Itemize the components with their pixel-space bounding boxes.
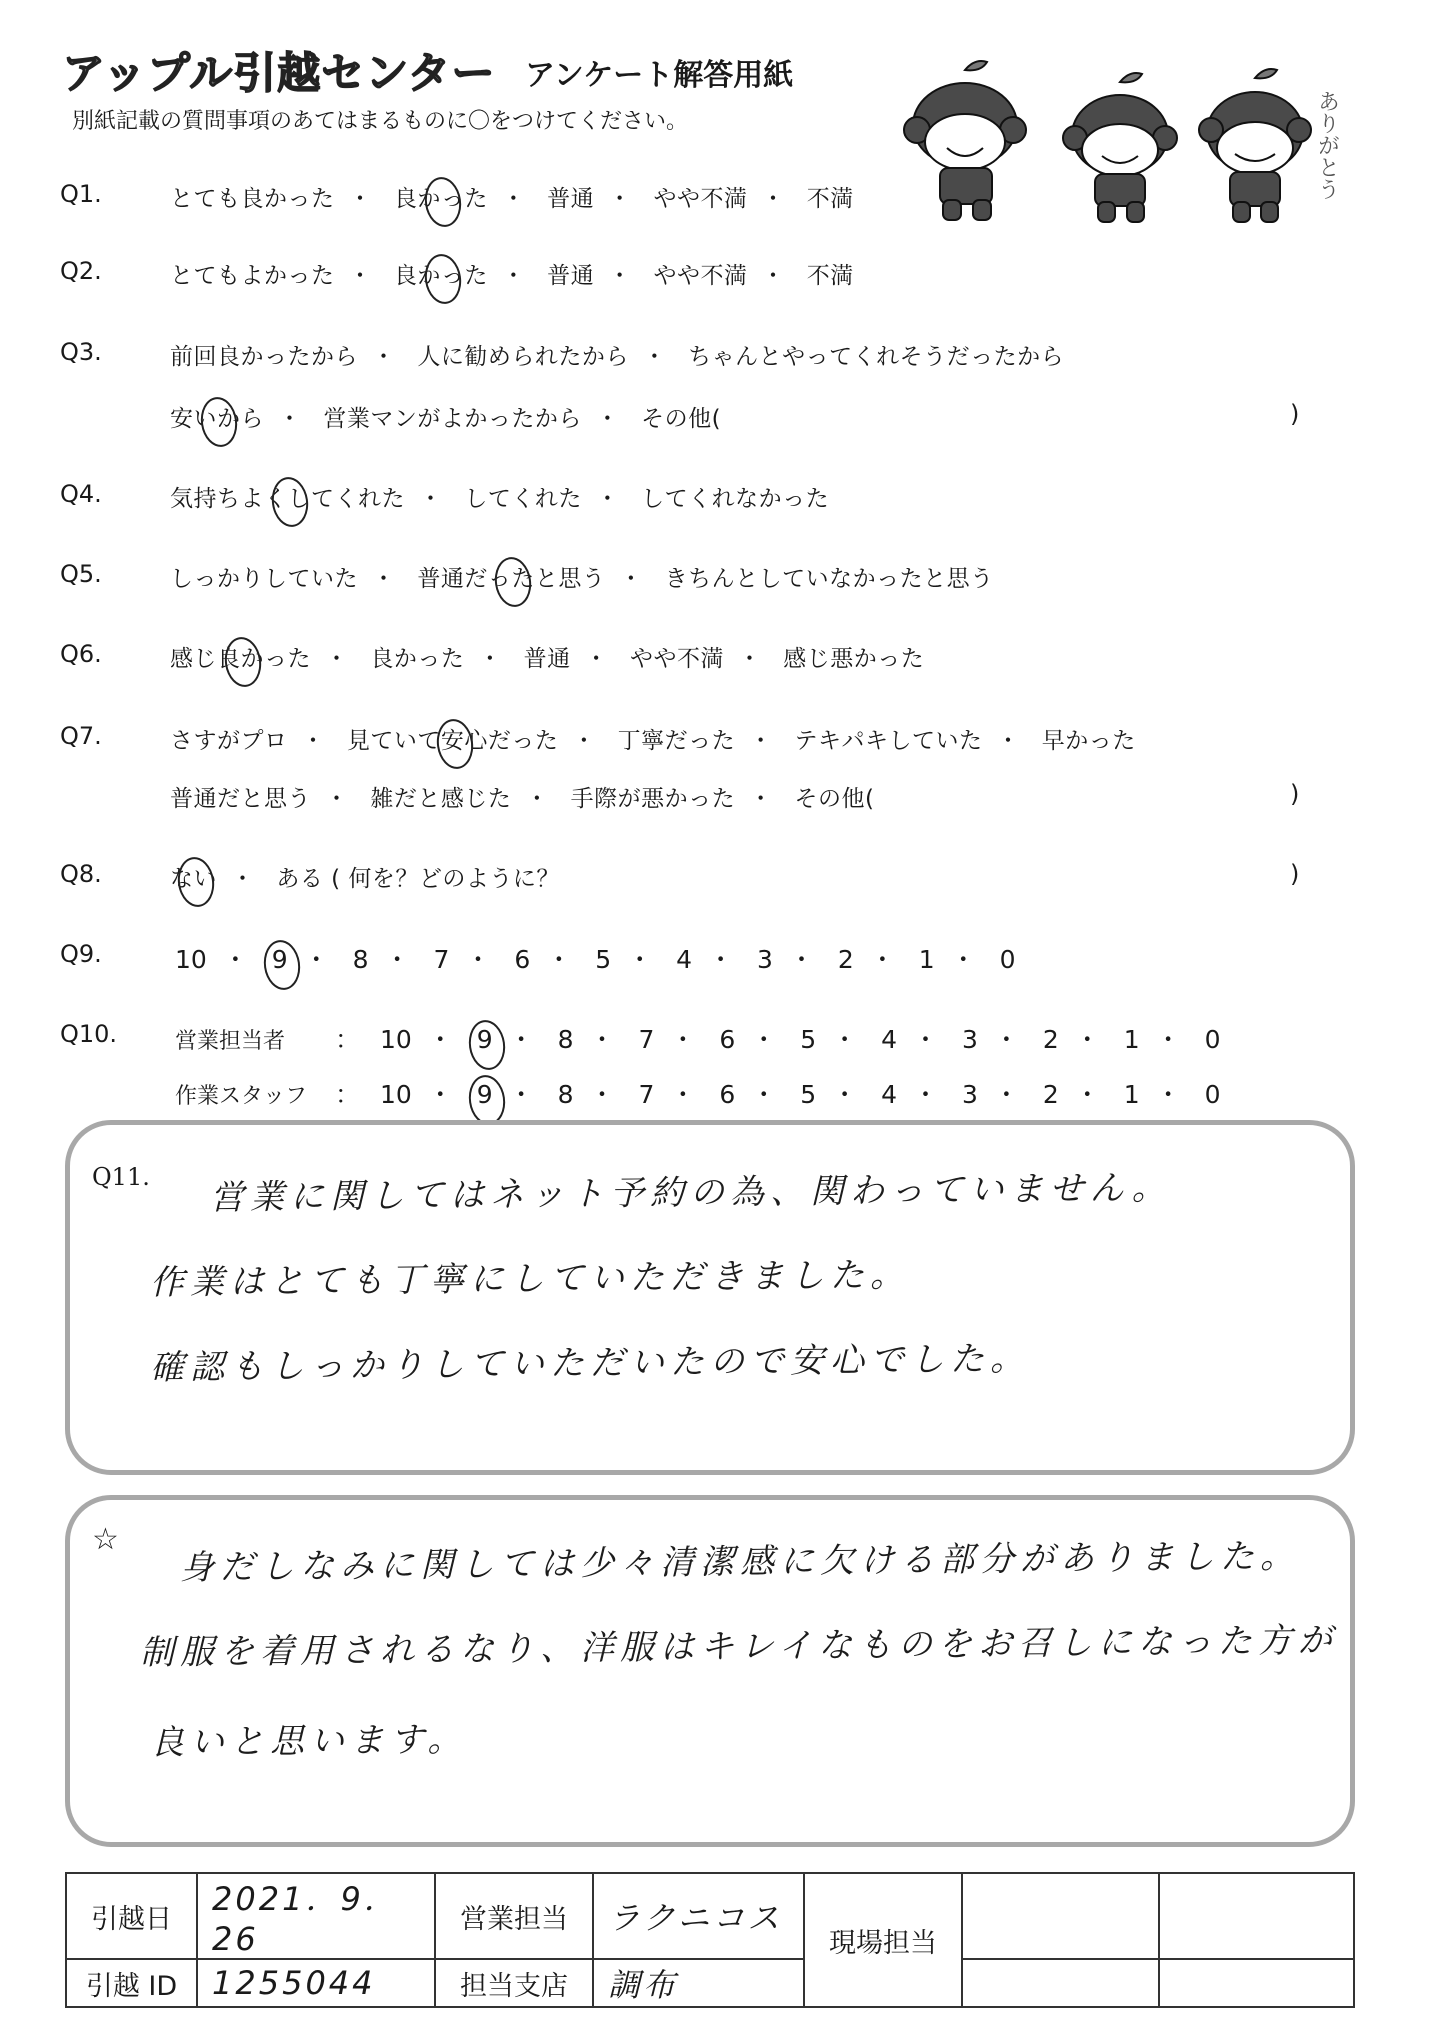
q8-options: ない・ ある ( 何を？どのように？	[170, 860, 560, 893]
q6-option[interactable]: やや不満	[630, 646, 724, 672]
q10-score[interactable]: 2	[1043, 1025, 1059, 1054]
q4-option[interactable]: してくれた	[464, 486, 582, 512]
q10-staff-label: 作業スタッフ	[175, 1079, 335, 1110]
q1-label: Q1.	[60, 180, 102, 208]
q10-staff-row: 作業スタッフ： 10・ 9・ 8・ 7・ 6・ 5・ 4・ 3・ 2・ 1・ 0	[175, 1075, 1221, 1111]
form-title: アンケート解答用紙	[525, 50, 793, 94]
q10-score[interactable]: 4	[881, 1080, 897, 1109]
q9-score[interactable]: 6	[514, 945, 530, 974]
site-rep-cell[interactable]	[962, 1873, 1159, 1959]
q10-score[interactable]: 3	[962, 1080, 978, 1109]
sales-rep-value[interactable]: ラクニコス	[593, 1873, 804, 1959]
q1-option[interactable]: とても良かった	[170, 186, 335, 212]
q7-close-paren: )	[1290, 780, 1299, 808]
q4-option[interactable]: してくれなかった	[641, 486, 829, 512]
q11-answer-line: 営業に関してはネット予約の為、関わっていません。	[210, 1160, 1172, 1219]
q5-label: Q5.	[60, 560, 102, 588]
q3-option[interactable]: ちゃんとやってくれそうだったから	[688, 344, 1064, 370]
q10-score[interactable]: 0	[1205, 1025, 1221, 1054]
q5-option-selected[interactable]: 普通だったと思う	[417, 560, 605, 593]
q10-score[interactable]: 4	[881, 1025, 897, 1054]
q7-option[interactable]: 手際が悪かった	[571, 786, 736, 812]
q5-option[interactable]: きちんとしていなかったと思う	[665, 566, 994, 592]
q10-score[interactable]: 7	[639, 1025, 655, 1054]
q3-option[interactable]: 営業マンがよかったから	[323, 406, 582, 432]
branch-value[interactable]: 調布	[593, 1959, 804, 2007]
q10-score[interactable]: 7	[639, 1080, 655, 1109]
q9-score[interactable]: 5	[595, 945, 611, 974]
q7-option-selected[interactable]: 見ていて安心だった	[347, 722, 559, 755]
q7-option[interactable]: 雑だと感じた	[370, 786, 511, 812]
q10-score[interactable]: 6	[719, 1080, 735, 1109]
star-icon: ☆	[92, 1522, 119, 1557]
q6-option-selected[interactable]: 感じ良かった	[170, 640, 311, 673]
q7-label: Q7.	[60, 722, 102, 750]
q2-option[interactable]: 不満	[807, 263, 854, 289]
q2-option[interactable]: やや不満	[653, 263, 747, 289]
q7-options-line2: 普通だと思う・ 雑だと感じた・ 手際が悪かった・ その他(	[170, 780, 874, 813]
q10-sales-label: 営業担当者	[175, 1024, 335, 1055]
additional-answer-line: 制服を着用されるなり、洋服はキレイなものをお召しになった方が	[140, 1612, 1338, 1674]
q10-score[interactable]: 8	[558, 1025, 574, 1054]
additional-comment-box[interactable]: ☆ 身だしなみに関しては少々清潔感に欠ける部分がありました。 制服を着用されるな…	[65, 1495, 1355, 1847]
q7-option[interactable]: さすがプロ	[170, 728, 288, 754]
q6-options: 感じ良かった・ 良かった・ 普通・ やや不満・ 感じ悪かった	[170, 640, 924, 673]
q10-score[interactable]: 8	[558, 1080, 574, 1109]
q9-score[interactable]: 3	[757, 945, 773, 974]
q6-option[interactable]: 感じ悪かった	[783, 646, 924, 672]
q9-score[interactable]: 2	[838, 945, 854, 974]
instruction-text: 別紙記載の質問事項のあてはまるものに〇をつけてください。	[72, 104, 688, 135]
q3-close-paren: )	[1290, 400, 1299, 428]
q3-options-line1: 前回良かったから・ 人に勧められたから・ ちゃんとやってくれそうだったから	[170, 338, 1064, 371]
q1-option[interactable]: 不満	[807, 186, 854, 212]
q6-label: Q6.	[60, 640, 102, 668]
q11-answer-line: 作業はとても丁寧にしていただきました。	[150, 1247, 910, 1304]
q4-option-selected[interactable]: 気持ちよくしてくれた	[170, 480, 405, 513]
site-rep-cell[interactable]	[1159, 1873, 1354, 1959]
q10-score[interactable]: 2	[1043, 1080, 1059, 1109]
move-id-value[interactable]: 1255044	[197, 1959, 435, 2007]
move-info-table: 引越日 2021．9．26 営業担当 ラクニコス 現場担当 引越 ID 1255…	[65, 1872, 1355, 2008]
additional-answer-line: 身だしなみに関しては少々清潔感に欠ける部分がありました。	[180, 1528, 1300, 1589]
q10-score[interactable]: 3	[962, 1025, 978, 1054]
q7-option-other[interactable]: その他(	[794, 786, 874, 812]
q3-option-selected[interactable]: 安いから	[170, 400, 264, 433]
monkey-mascots-icon: ありがとう	[895, 50, 1355, 230]
q2-label: Q2.	[60, 257, 102, 285]
q10-score[interactable]: 5	[800, 1025, 816, 1054]
q11-answer-line: 確認もしっかりしていただいたので安心でした。	[150, 1331, 1030, 1389]
q1-options: とても良かった・ 良かった・ 普通・ やや不満・ 不満	[170, 180, 854, 213]
move-date-value[interactable]: 2021．9．26	[197, 1873, 435, 1959]
svg-text:ありがとう: ありがとう	[1315, 90, 1340, 200]
site-rep-cell[interactable]	[1159, 1959, 1354, 2007]
q2-option[interactable]: とてもよかった	[170, 263, 335, 289]
q9-scale: 10・ 9・ 8・ 7・ 6・ 5・ 4・ 3・ 2・ 1・ 0	[175, 940, 1016, 976]
q11-comment-box[interactable]: Q11. 営業に関してはネット予約の為、関わっていません。 作業はとても丁寧にし…	[65, 1120, 1355, 1475]
q10-score[interactable]: 0	[1205, 1080, 1221, 1109]
q7-option[interactable]: 丁寧だった	[618, 728, 736, 754]
q1-option[interactable]: 普通	[547, 186, 594, 212]
q10-score[interactable]: 5	[800, 1080, 816, 1109]
q7-option[interactable]: 普通だと思う	[170, 786, 311, 812]
site-rep-label: 現場担当	[804, 1873, 962, 2007]
q9-score-selected[interactable]: 9	[272, 945, 288, 974]
q3-option-other[interactable]: その他(	[641, 406, 721, 432]
company-title: アップル引越センター	[62, 40, 496, 101]
move-date-label: 引越日	[66, 1873, 197, 1959]
additional-answer-line: 良いと思います。	[150, 1712, 468, 1764]
q10-score[interactable]: 10	[380, 1025, 412, 1054]
q9-score[interactable]: 4	[676, 945, 692, 974]
q9-score[interactable]: 1	[919, 945, 935, 974]
q10-score[interactable]: 6	[719, 1025, 735, 1054]
q10-label: Q10.	[60, 1020, 117, 1048]
q4-label: Q4.	[60, 480, 102, 508]
q5-options: しっかりしていた・ 普通だったと思う・ きちんとしていなかったと思う	[170, 560, 994, 593]
q2-option[interactable]: 普通	[547, 263, 594, 289]
branch-label: 担当支店	[435, 1959, 593, 2007]
q8-option[interactable]: ある ( 何を？どのように？	[276, 866, 560, 892]
q9-label: Q9.	[60, 940, 102, 968]
q3-options-line2: 安いから・ 営業マンがよかったから・ その他(	[170, 400, 721, 433]
move-id-label: 引越 ID	[66, 1959, 197, 2007]
q4-options: 気持ちよくしてくれた・ してくれた・ してくれなかった	[170, 480, 829, 513]
q7-option[interactable]: 早かった	[1042, 728, 1136, 754]
q10-score[interactable]: 10	[380, 1080, 412, 1109]
q3-option[interactable]: 前回良かったから	[170, 344, 358, 370]
mascot-illustration: ありがとう	[895, 50, 1355, 230]
sales-rep-label: 営業担当	[435, 1873, 593, 1959]
q1-option-selected[interactable]: 良かった	[394, 180, 488, 213]
q8-option-selected[interactable]: ない	[170, 860, 217, 893]
q11-label: Q11.	[92, 1163, 150, 1191]
q9-score[interactable]: 0	[1000, 945, 1016, 974]
q6-option[interactable]: 普通	[524, 646, 571, 672]
q3-label: Q3.	[60, 338, 102, 366]
q7-option[interactable]: テキパキしていた	[794, 728, 982, 754]
q10-score-selected[interactable]: 9	[477, 1025, 493, 1054]
q2-options: とてもよかった・ 良かった・ 普通・ やや不満・ 不満	[170, 257, 854, 290]
q5-option[interactable]: しっかりしていた	[170, 566, 358, 592]
q8-label: Q8.	[60, 860, 102, 888]
q9-score[interactable]: 8	[353, 945, 369, 974]
q10-score[interactable]: 1	[1124, 1080, 1140, 1109]
q9-score[interactable]: 10	[175, 945, 207, 974]
q10-score[interactable]: 1	[1124, 1025, 1140, 1054]
q9-score[interactable]: 7	[434, 945, 450, 974]
q10-sales-row: 営業担当者： 10・ 9・ 8・ 7・ 6・ 5・ 4・ 3・ 2・ 1・ 0	[175, 1020, 1221, 1056]
q10-score-selected[interactable]: 9	[477, 1080, 493, 1109]
site-rep-cell[interactable]	[962, 1959, 1159, 2007]
q2-option-selected[interactable]: 良かった	[394, 257, 488, 290]
q1-option[interactable]: やや不満	[653, 186, 747, 212]
q3-option[interactable]: 人に勧められたから	[417, 344, 629, 370]
q8-close-paren: )	[1290, 860, 1299, 888]
q6-option[interactable]: 良かった	[370, 646, 464, 672]
q7-options-line1: さすがプロ・ 見ていて安心だった・ 丁寧だった・ テキパキしていた・ 早かった	[170, 722, 1136, 755]
